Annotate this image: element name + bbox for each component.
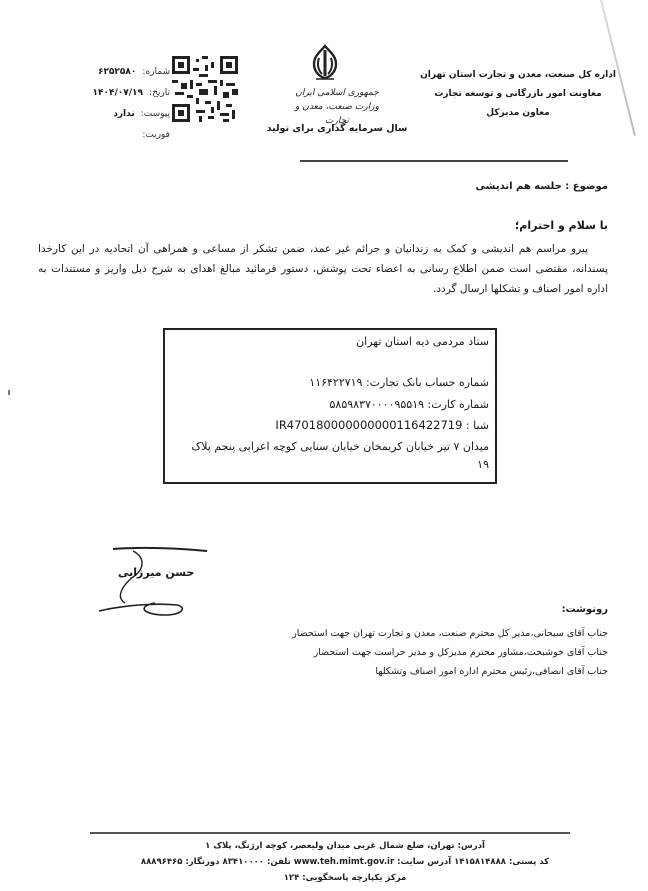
footer: آدرس: تهران، ضلع شمال غربی میدان ولیعصر،…	[120, 838, 570, 886]
republic-name: جمهوری اسلامی ایران	[282, 86, 392, 100]
sheba-row: شبا : IR470180000000000116422719	[275, 418, 489, 432]
cc-title: رونوشت:	[562, 604, 608, 615]
ministry-calligraphy: جمهوری اسلامی ایران وزارت صنعت، معدن و ت…	[282, 86, 392, 128]
organization-name: اداره کل صنعت، معدن و تجارت استان تهران	[418, 66, 618, 85]
attachment-label: پیوست:	[141, 104, 170, 125]
cc-item: جناب آقای انصافی،رئیس محترم اداره امور ا…	[248, 662, 608, 681]
handwritten-signature-icon	[95, 545, 215, 620]
letter-body: پیرو مراسم هم اندیشی و کمک به زندانیان و…	[38, 239, 608, 299]
date-label: تاریخ:	[149, 83, 170, 104]
bank-account: شماره حساب بانک تجارت: ۱۱۶۴۲۲۷۱۹	[309, 376, 489, 389]
address-line-2: ۱۹	[477, 458, 489, 471]
letter-meta: شماره: ۶۲۵۲۵۸۰ تاریخ: ۱۴۰۴/۰۷/۱۹ پیوست: …	[90, 62, 170, 146]
payment-details-box: ستاد مردمی دیه استان تهران شماره حساب با…	[163, 328, 497, 484]
address-line-1: میدان ۷ تیر خیابان کریمخان خیابان سنایی …	[191, 440, 489, 453]
qr-code-icon	[172, 56, 238, 122]
iran-emblem-icon	[300, 42, 350, 82]
website-link[interactable]: www.teh.mimt.gov.ir	[294, 857, 394, 867]
subject-line: موضوع : جلسه هم اندیشی	[476, 181, 608, 192]
greeting: با سلام و احترام؛	[515, 219, 608, 232]
urgency-row: فوریت:	[90, 125, 170, 146]
footer-divider	[90, 832, 570, 834]
postal-code: کد پستی: ۱۴۱۵۸۱۴۸۸۸ آدرس سایت:	[397, 857, 549, 867]
year-slogan: سال سرمایه گذاری برای تولید	[262, 123, 412, 134]
date-value: ۱۴۰۴/۰۷/۱۹	[93, 83, 144, 104]
attachment-value: ندارد	[113, 104, 134, 125]
scan-speck	[8, 390, 10, 395]
footer-address: آدرس: تهران، ضلع شمال غربی میدان ولیعصر،…	[120, 838, 570, 854]
sheba-label: شبا :	[466, 419, 489, 432]
call-center: مرکز یکپارچه پاسخگویی: ۱۲۴	[120, 870, 570, 886]
date-row: تاریخ: ۱۴۰۴/۰۷/۱۹	[90, 83, 170, 104]
cc-item: جناب آقای سیحانی،مدیر کل محترم صنعت، معد…	[248, 624, 608, 643]
urgency-label: فوریت:	[142, 125, 170, 146]
organization-header: اداره کل صنعت، معدن و تجارت استان تهران …	[418, 66, 618, 123]
attachment-row: پیوست: ندارد	[90, 104, 170, 125]
payee-title: ستاد مردمی دیه استان تهران	[356, 335, 489, 348]
sheba-value: IR470180000000000116422719	[275, 418, 462, 432]
deputy-name: معاونت امور بازرگانی و توسعه تجارت	[418, 85, 618, 104]
cc-item: جناب آقای خوشبخت،مشاور محترم مدیرکل و مد…	[248, 643, 608, 662]
signatory-name: حسن میرزایی	[118, 566, 194, 579]
number-row: شماره: ۶۲۵۲۵۸۰	[90, 62, 170, 83]
office-title: معاون مدیرکل	[418, 104, 618, 123]
phone-numbers: تلفن: ۸۳۴۱۰۰۰۰ دورنگار: ۸۸۸۹۶۴۶۵	[141, 857, 291, 867]
number-label: شماره:	[142, 62, 170, 83]
number-value: ۶۲۵۲۵۸۰	[98, 62, 136, 83]
header-divider	[300, 160, 568, 162]
card-number: شماره کارت: ۵۸۵۹۸۳۷۰۰۰۰۹۵۵۱۹	[330, 398, 490, 411]
footer-contact: کد پستی: ۱۴۱۵۸۱۴۸۸۸ آدرس سایت: www.teh.m…	[120, 854, 570, 870]
cc-list: جناب آقای سیحانی،مدیر کل محترم صنعت، معد…	[248, 624, 608, 681]
